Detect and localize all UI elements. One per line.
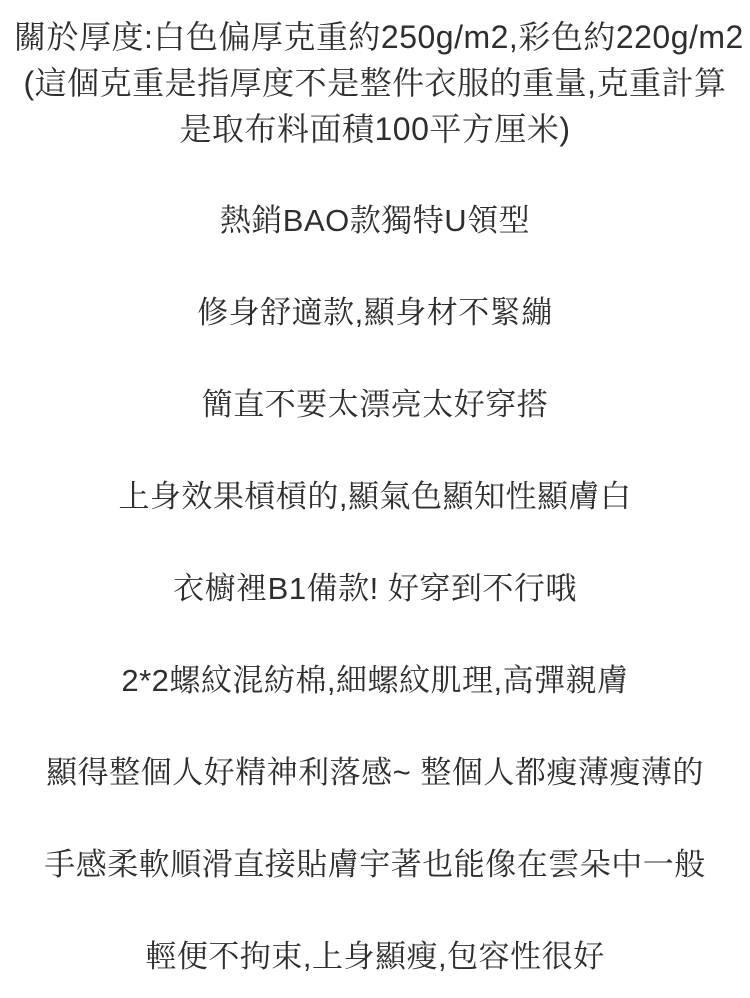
text-line-pretty-match: 簡直不要太漂亮太好穿搭	[0, 382, 750, 428]
text-line-rib-cotton: 2*2螺紋混紡棉,細螺紋肌理,高彈親膚	[0, 658, 750, 704]
text-line-weight-note-3: 是取布料面積100平方厘米)	[0, 106, 750, 152]
product-description-text: 關於厚度:白色偏厚克重約250g/m2,彩色約220g/m2 (這個克重是指厚度…	[0, 0, 750, 980]
text-line-thickness-weight: 關於厚度:白色偏厚克重約250g/m2,彩色約220g/m2	[0, 14, 750, 60]
text-line-slim-fit: 修身舒適款,顯身材不緊繃	[0, 290, 750, 336]
text-line-u-neck: 熱銷BAO款獨特U領型	[0, 198, 750, 244]
text-line-soft-touch: 手感柔軟順滑直接貼膚宇著也能像在雲朵中一般	[0, 842, 750, 888]
text-line-weight-note-2: (這個克重是指厚度不是整件衣服的重量,克重計算	[0, 60, 750, 106]
text-line-wardrobe: 衣櫥裡B1備款! 好穿到不行哦	[0, 566, 750, 612]
text-line-lightweight: 輕便不拘束,上身顯瘦,包容性很好	[0, 934, 750, 980]
text-line-wear-effect: 上身效果槓槓的,顯氣色顯知性顯膚白	[0, 474, 750, 520]
text-line-spirit-slim: 顯得整個人好精神利落感~ 整個人都瘦薄瘦薄的	[0, 750, 750, 796]
